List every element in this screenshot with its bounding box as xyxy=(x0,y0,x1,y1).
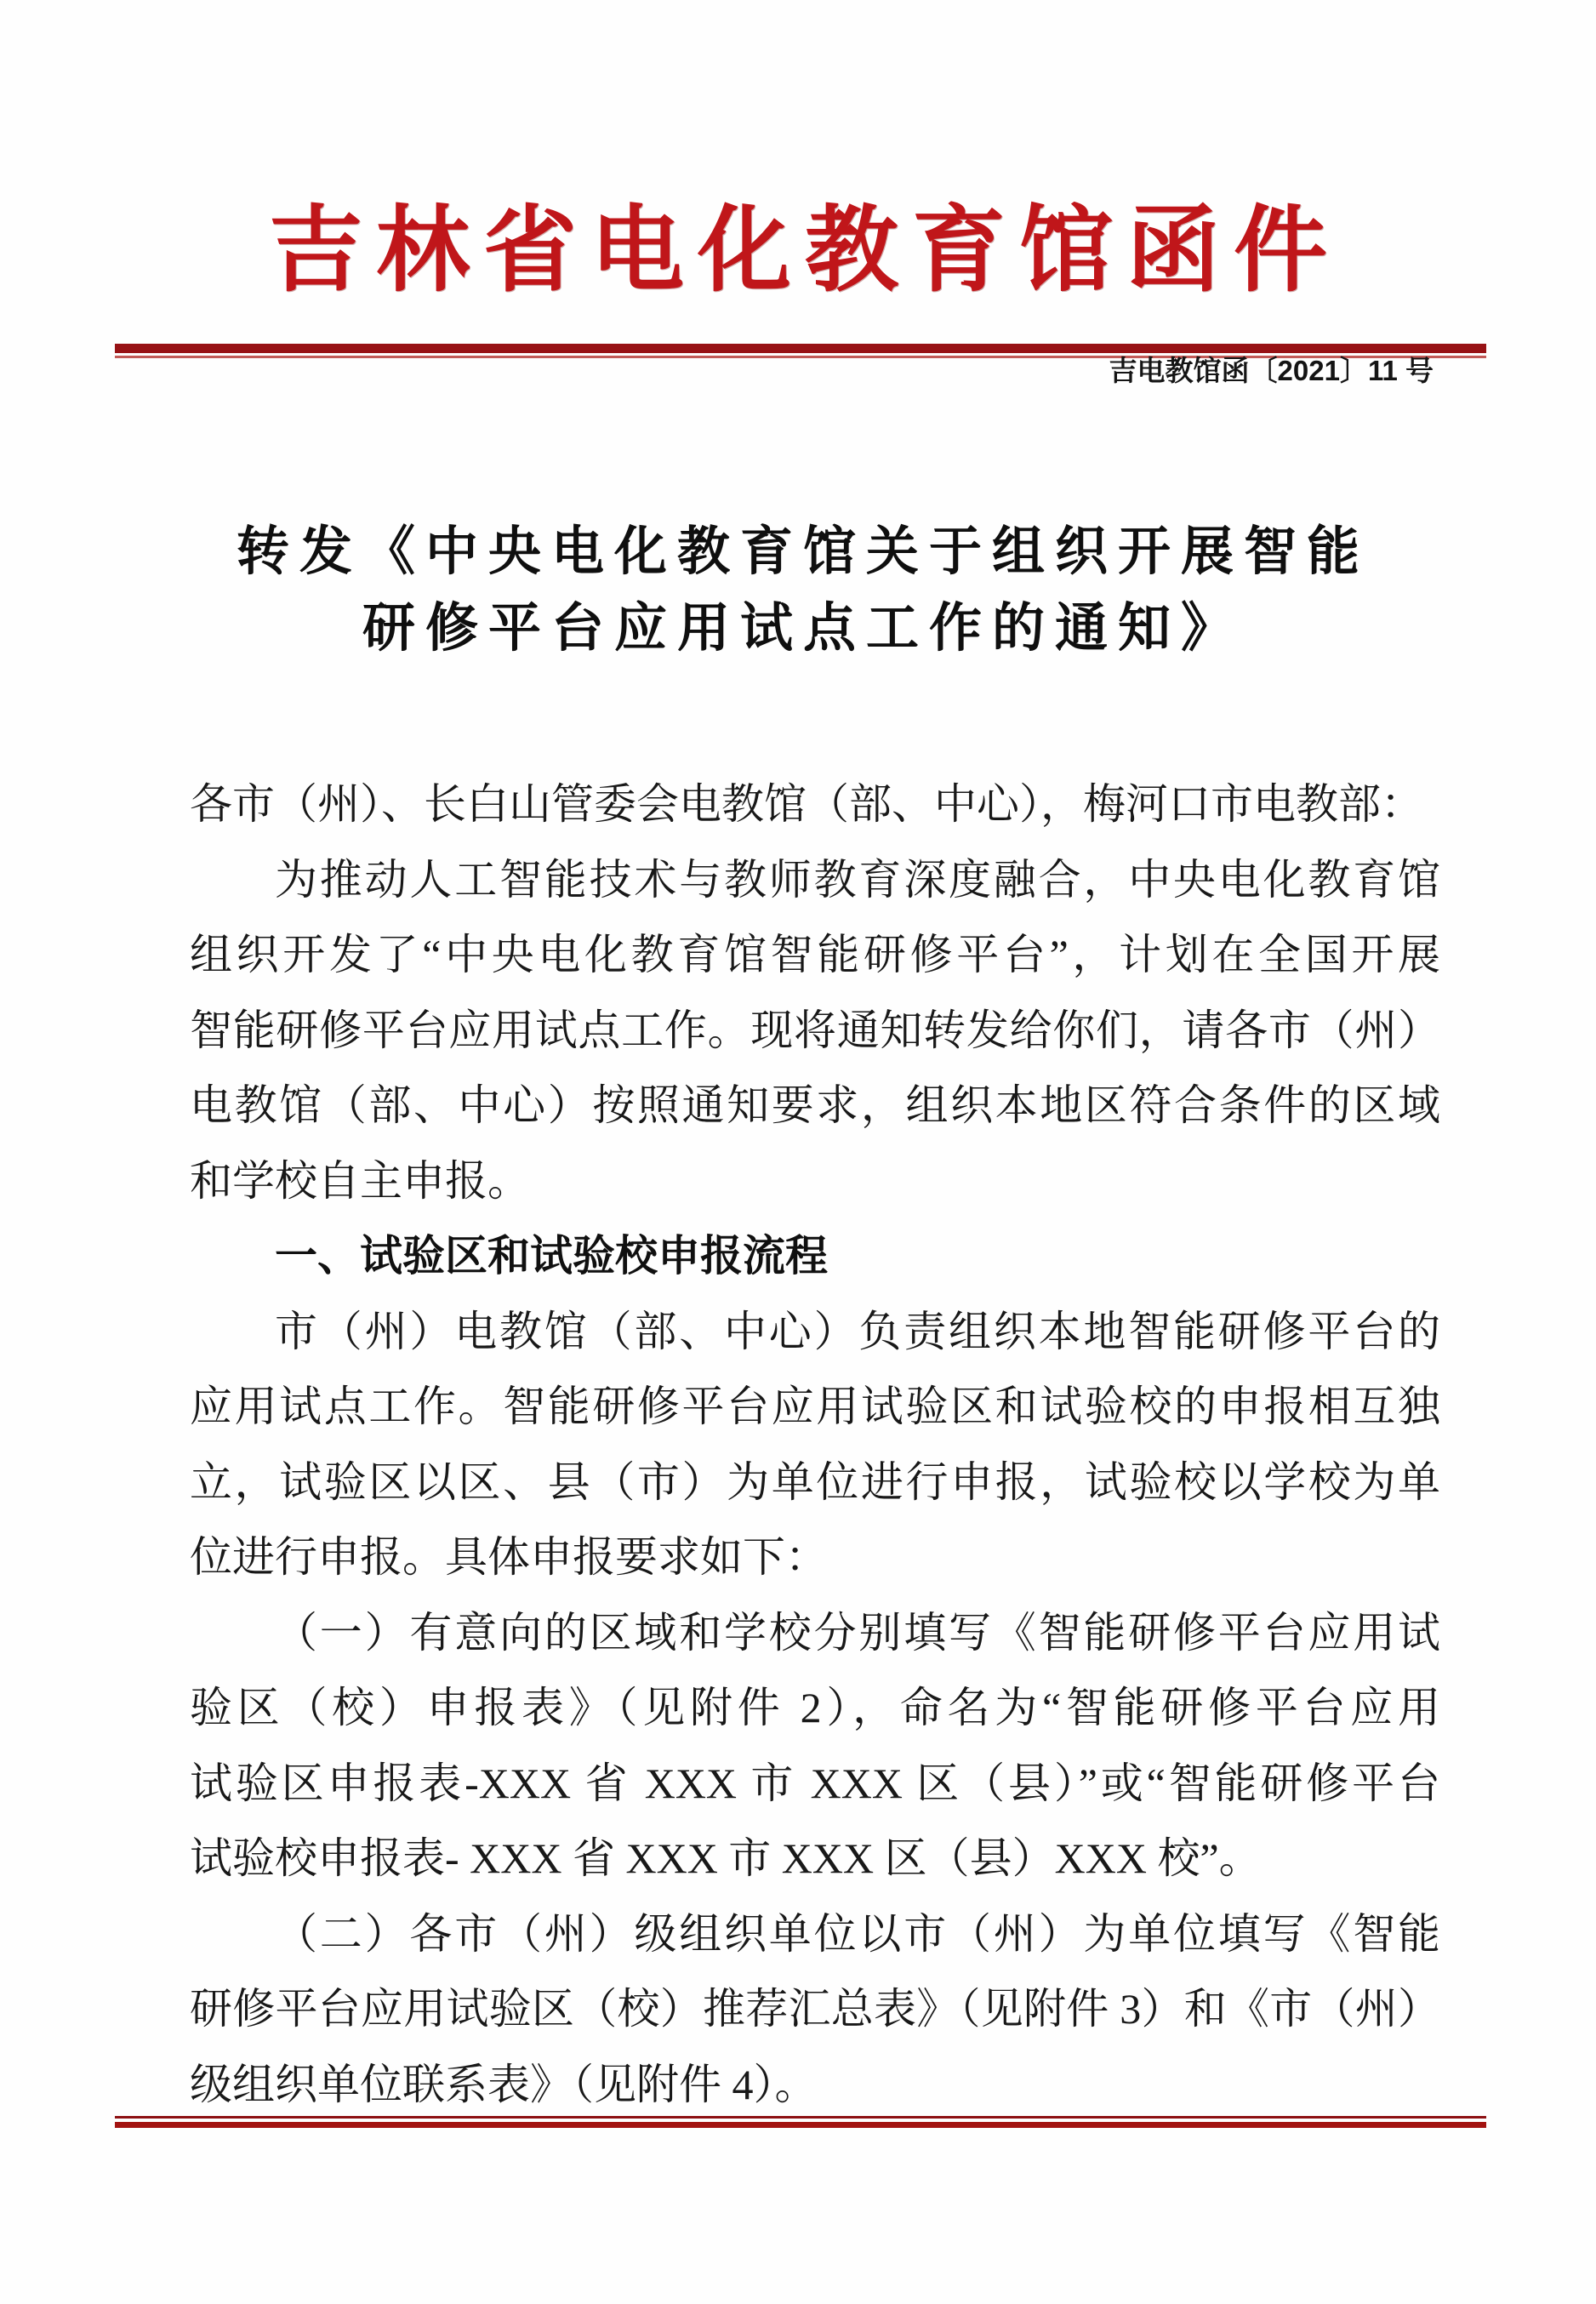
red-separator-bottom-thick-bar xyxy=(115,2122,1486,2128)
body-line: （二）各市（州）级组织单位以市（州）为单位填写《智能 xyxy=(190,1896,1440,1972)
notice-title: 转发《中央电化教育馆关于组织开展智能 研修平台应用试点工作的通知》 xyxy=(0,514,1596,667)
body-line: 组织开发了“中央电化教育馆智能研修平台”，计划在全国开展 xyxy=(190,917,1440,993)
body-line: 验区（校）申报表》（见附件 2），命名为“智能研修平台应用 xyxy=(190,1670,1440,1746)
body-line: 智能研修平台应用试点工作。现将通知转发给你们，请各市（州） xyxy=(190,993,1440,1069)
body-line: （一）有意向的区域和学校分别填写《智能研修平台应用试 xyxy=(190,1595,1440,1671)
body-line: 立，试验区以区、县（市）为单位进行申报，试验校以学校为单 xyxy=(190,1445,1440,1520)
red-separator-bottom-thin-bar xyxy=(115,2116,1486,2119)
document-body: 各市（州）、长白山管委会电教馆（部、中心），梅河口市电教部： 为推动人工智能技术… xyxy=(190,767,1440,2122)
scanned-document-page: 吉林省电化教育馆函件 吉电教馆函〔2021〕11 号 转发《中央电化教育馆关于组… xyxy=(0,0,1596,2304)
notice-title-line-2: 研修平台应用试点工作的通知》 xyxy=(0,590,1596,667)
body-line: 研修平台应用试验区（校）推荐汇总表》（见附件 3）和《市（州） xyxy=(190,1971,1440,2047)
letterhead-title: 吉林省电化教育馆函件 xyxy=(0,202,1596,301)
body-line: 市（州）电教馆（部、中心）负责组织本地智能研修平台的 xyxy=(190,1294,1440,1370)
red-separator-top-thick-bar xyxy=(115,344,1486,353)
section-heading: 一、试验区和试验校申报流程 xyxy=(190,1218,1440,1294)
body-line: 级组织单位联系表》（见附件 4）。 xyxy=(190,2047,1440,2123)
body-line: 和学校自主申报。 xyxy=(190,1143,1440,1219)
body-line: 试验区申报表-XXX 省 XXX 市 XXX 区（县）”或“智能研修平台 xyxy=(190,1746,1440,1822)
body-line: 为推动人工智能技术与教师教育深度融合，中央电化教育馆 xyxy=(190,842,1440,918)
body-line: 应用试点工作。智能研修平台应用试验区和试验校的申报相互独 xyxy=(190,1369,1440,1445)
document-number: 吉电教馆函〔2021〕11 号 xyxy=(1109,354,1434,388)
red-separator-bottom xyxy=(115,2116,1486,2128)
notice-title-line-1: 转发《中央电化教育馆关于组织开展智能 xyxy=(0,514,1596,590)
salutation-line: 各市（州）、长白山管委会电教馆（部、中心），梅河口市电教部： xyxy=(190,767,1440,842)
body-line: 位进行申报。具体申报要求如下： xyxy=(190,1520,1440,1595)
body-line: 电教馆（部、中心）按照通知要求，组织本地区符合条件的区域 xyxy=(190,1068,1440,1143)
body-line: 试验校申报表- XXX 省 XXX 市 XXX 区（县）XXX 校”。 xyxy=(190,1821,1440,1896)
